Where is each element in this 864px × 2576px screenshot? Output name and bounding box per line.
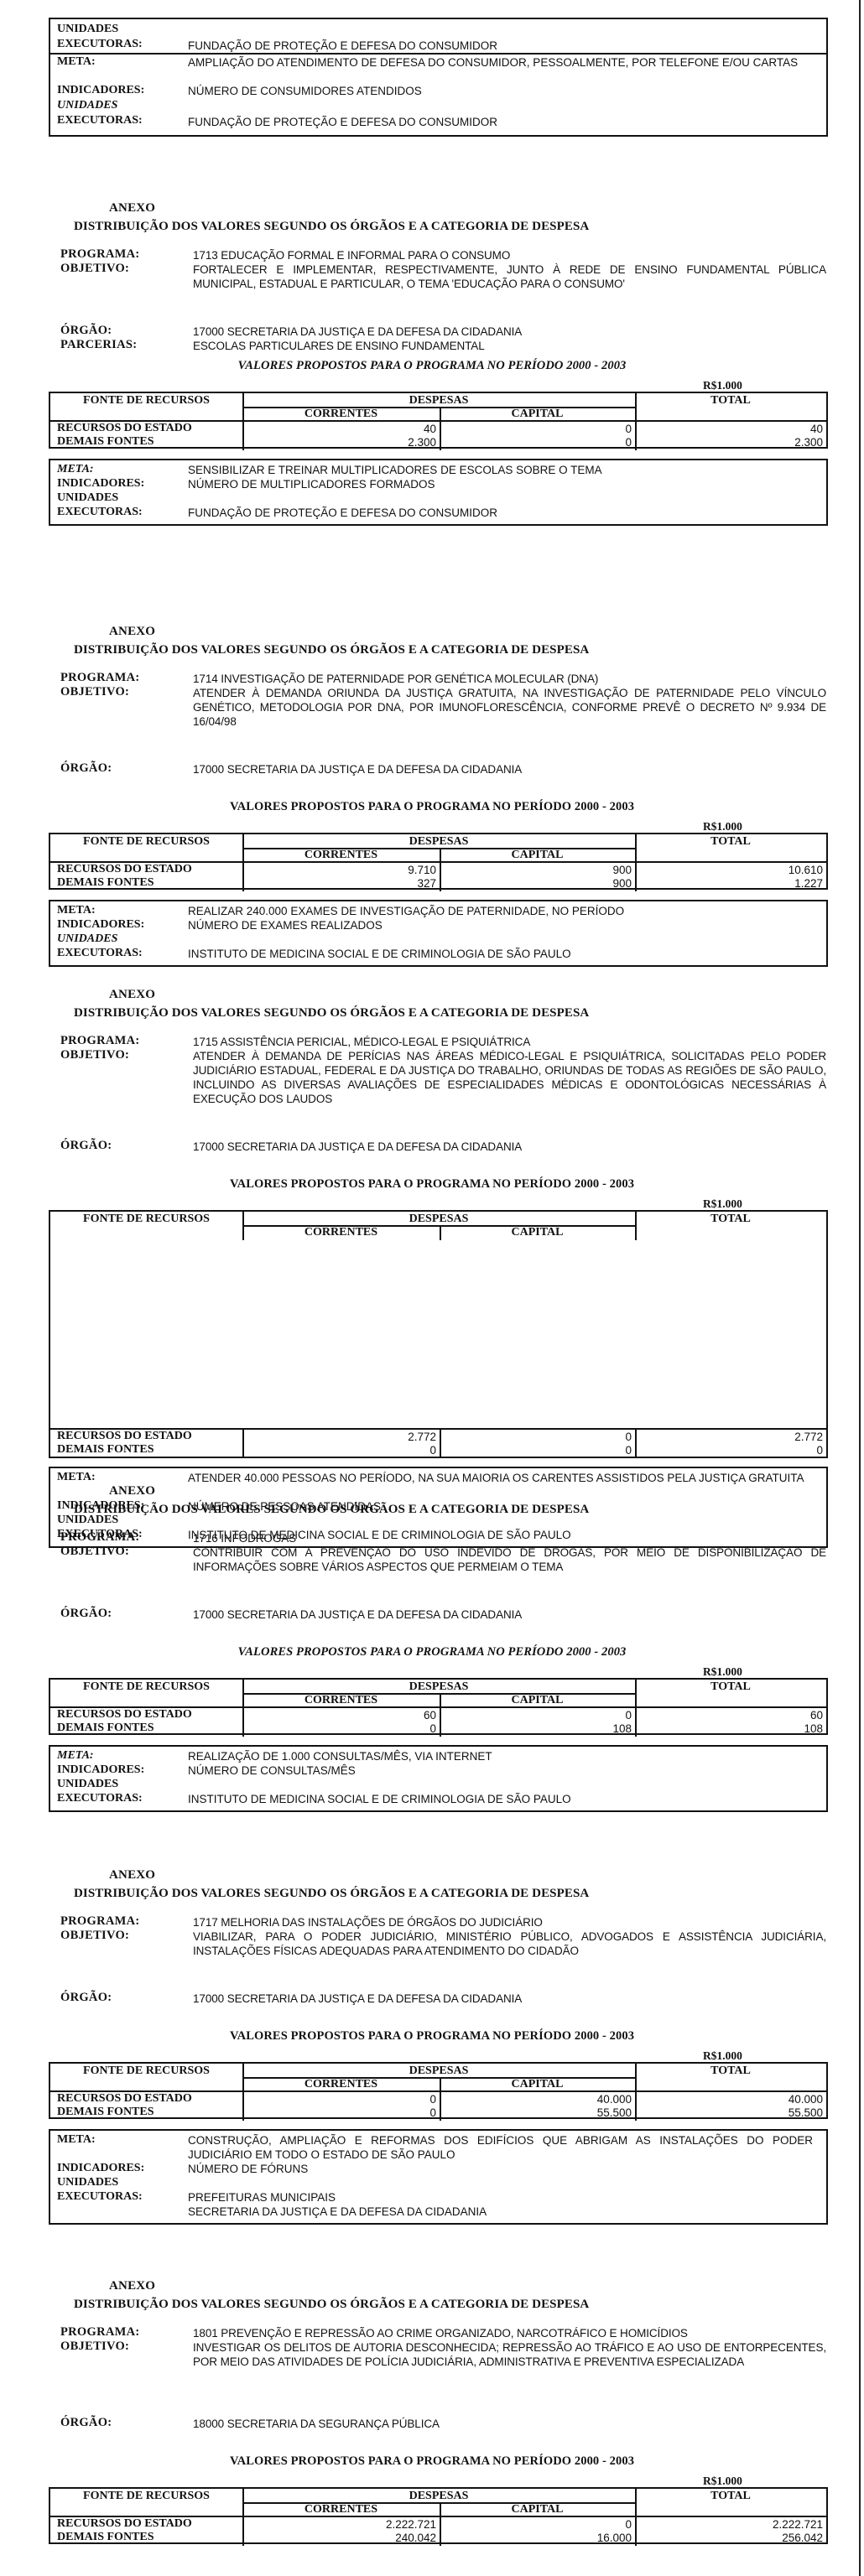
- objetivo-value: FORTALECER E IMPLEMENTAR, RESPECTIVAMENT…: [193, 262, 826, 291]
- indicadores-value: NÚMERO DE FÓRUNS: [188, 2162, 813, 2176]
- row-label-estado: RECURSOS DO ESTADO: [50, 863, 192, 876]
- cell-capital-estado: 0: [440, 423, 635, 435]
- meta-label: META:: [57, 1749, 94, 1763]
- cell-correntes-demais: 327: [242, 877, 440, 890]
- objetivo-label: OBJETIVO:: [60, 262, 129, 276]
- meta-box: META:SENSIBILIZAR E TREINAR MULTIPLICADO…: [49, 459, 828, 526]
- cell-total-estado: 40.000: [635, 2093, 826, 2106]
- col-capital-header: CAPITAL: [440, 1694, 635, 1707]
- valores-title: VALORES PROPOSTOS PARA O PROGRAMA NO PER…: [0, 2454, 864, 2469]
- cell-capital-demais: 0: [440, 436, 635, 449]
- indicadores-label: INDICADORES:: [57, 1763, 144, 1777]
- valores-table: FONTE DE RECURSOSDESPESASTOTALCORRENTESC…: [49, 2487, 828, 2544]
- row-label-estado: RECURSOS DO ESTADO: [50, 422, 192, 435]
- col-despesas-header: DESPESAS: [242, 394, 635, 408]
- distribuicao-heading: DISTRIBUIÇÃO DOS VALORES SEGUNDO OS ÓRGÃ…: [74, 1887, 589, 1901]
- parcerias-value: ESCOLAS PARTICULARES DE ENSINO FUNDAMENT…: [193, 339, 485, 353]
- valores-title: VALORES PROPOSTOS PARA O PROGRAMA NO PER…: [0, 800, 864, 814]
- objetivo-value: INVESTIGAR OS DELITOS DE AUTORIA DESCONH…: [193, 2340, 826, 2369]
- row-label-demais: DEMAIS FONTES: [50, 2106, 154, 2119]
- programa-value: 1715 ASSISTÊNCIA PERICIAL, MÉDICO-LEGAL …: [193, 1035, 826, 1049]
- valores-table: FONTE DE RECURSOSDESPESASTOTALCORRENTESC…: [49, 392, 828, 449]
- orgao-label: ÓRGÃO:: [60, 1991, 112, 2005]
- despesas-underline: [242, 1225, 635, 1227]
- col-correntes-header: CORRENTES: [242, 1226, 440, 1239]
- unit-label: R$1.000: [703, 2475, 742, 2488]
- frame-side: [49, 1212, 50, 1240]
- cell-correntes-demais: 0: [242, 1722, 440, 1735]
- cell-capital-estado: 40.000: [440, 2093, 635, 2106]
- cell-correntes-demais: 0: [242, 1444, 440, 1457]
- objetivo-label: OBJETIVO:: [60, 1929, 129, 1943]
- objetivo-value: CONTRIBUIR COM A PREVENÇÃO DO USO INDEVI…: [193, 1545, 826, 1574]
- anexo-heading: ANEXO: [109, 1484, 155, 1498]
- despesas-underline: [242, 407, 635, 408]
- distribuicao-heading: DISTRIBUIÇÃO DOS VALORES SEGUNDO OS ÓRGÃ…: [74, 643, 589, 657]
- indicadores-label: INDICADORES:: [57, 84, 144, 97]
- despesas-underline: [242, 2077, 635, 2079]
- objetivo-label: OBJETIVO:: [60, 1048, 129, 1062]
- valores-title: VALORES PROPOSTOS PARA O PROGRAMA NO PER…: [0, 1645, 864, 1659]
- executoras-value: INSTITUTO DE MEDICINA SOCIAL E DE CRIMIN…: [188, 1792, 813, 1806]
- distribuicao-heading: DISTRIBUIÇÃO DOS VALORES SEGUNDO OS ÓRGÃ…: [74, 1006, 589, 1021]
- meta-value: CONSTRUÇÃO, AMPLIAÇÃO E REFORMAS DOS EDI…: [188, 2133, 813, 2162]
- meta-value: ATENDER 40.000 PESSOAS NO PERÍODO, NA SU…: [188, 1471, 813, 1485]
- meta-box: META:REALIZAÇÃO DE 1.000 CONSULTAS/MÊS, …: [49, 1745, 828, 1812]
- meta-box: META:REALIZAR 240.000 EXAMES DE INVESTIG…: [49, 900, 828, 967]
- orgao-label: ÓRGÃO:: [60, 324, 112, 338]
- cell-total-estado: 2.222.721: [635, 2518, 826, 2531]
- meta-value: REALIZAÇÃO DE 1.000 CONSULTAS/MÊS, VIA I…: [188, 1749, 813, 1763]
- cell-correntes-demais: 0: [242, 2106, 440, 2119]
- col-fonte-header: FONTE DE RECURSOS: [50, 835, 242, 849]
- programa-value: 1714 INVESTIGAÇÃO DE PATERNIDADE POR GEN…: [193, 672, 826, 686]
- anexo-heading: ANEXO: [109, 2279, 155, 2293]
- unidades-label: UNIDADES: [57, 932, 117, 946]
- frame-side: [826, 1212, 828, 1240]
- col-despesas-header: DESPESAS: [242, 2490, 635, 2503]
- col-divider: [242, 1212, 244, 1240]
- unit-label: R$1.000: [703, 1665, 742, 1679]
- executoras-label: EXECUTORAS:: [57, 947, 143, 960]
- valores-table: FONTE DE RECURSOSDESPESASTOTALCORRENTESC…: [49, 1678, 828, 1735]
- cell-capital-demais: 900: [440, 877, 635, 890]
- meta-label: META:: [57, 463, 94, 476]
- col-despesas-header: DESPESAS: [242, 1680, 635, 1694]
- cell-correntes-estado: 2.222.721: [242, 2518, 440, 2531]
- meta-value: REALIZAR 240.000 EXAMES DE INVESTIGAÇÃO …: [188, 904, 813, 918]
- anexo-heading: ANEXO: [109, 625, 155, 639]
- orgao-label: ÓRGÃO:: [60, 2416, 112, 2430]
- col-total-header: TOTAL: [635, 1680, 826, 1694]
- valores-table: FONTE DE RECURSOSDESPESASTOTALCORRENTESC…: [49, 1210, 828, 1457]
- row-label-demais: DEMAIS FONTES: [50, 876, 154, 890]
- executoras-value: INSTITUTO DE MEDICINA SOCIAL E DE CRIMIN…: [188, 947, 813, 961]
- executoras-value: SECRETARIA DA JUSTIÇA E DA DEFESA DA CID…: [188, 2205, 813, 2219]
- col-fonte-header: FONTE DE RECURSOS: [50, 2064, 242, 2078]
- cell-capital-demais: 108: [440, 1722, 635, 1735]
- col-correntes-header: CORRENTES: [242, 2078, 440, 2091]
- distribuicao-heading: DISTRIBUIÇÃO DOS VALORES SEGUNDO OS ÓRGÃ…: [74, 1503, 589, 1517]
- programa-value: 1716 INFODROGAS: [193, 1531, 826, 1545]
- unidades-label: UNIDADES: [57, 2176, 118, 2189]
- row-label-demais: DEMAIS FONTES: [50, 435, 154, 449]
- indicadores-value: NÚMERO DE CONSULTAS/MÊS: [188, 1763, 813, 1778]
- despesas-underline: [242, 2502, 635, 2504]
- col-total-header: TOTAL: [635, 394, 826, 408]
- row-label-demais: DEMAIS FONTES: [50, 2531, 154, 2544]
- unit-label: R$1.000: [703, 379, 742, 392]
- row-label-estado: RECURSOS DO ESTADO: [50, 1430, 192, 1443]
- row-label-demais: DEMAIS FONTES: [50, 1722, 154, 1735]
- col-total-header: TOTAL: [635, 2064, 826, 2078]
- objetivo-label: OBJETIVO:: [60, 1545, 129, 1559]
- row-label-estado: RECURSOS DO ESTADO: [50, 1708, 192, 1722]
- col-total-header: TOTAL: [635, 1213, 826, 1226]
- meta-box: META:CONSTRUÇÃO, AMPLIAÇÃO E REFORMAS DO…: [49, 2129, 828, 2225]
- cell-total-demais: 256.042: [635, 2532, 826, 2544]
- executoras-label: EXECUTORAS:: [57, 506, 143, 519]
- meta-label: META:: [57, 1471, 96, 1484]
- programa-value: 1717 MELHORIA DAS INSTALAÇÕES DE ÓRGÃOS …: [193, 1915, 826, 1929]
- programa-label: PROGRAMA:: [60, 1034, 140, 1048]
- objetivo-value: ATENDER À DEMANDA DE PERÍCIAS NAS ÁREAS …: [193, 1049, 826, 1106]
- executoras-label: EXECUTORAS:: [57, 114, 143, 127]
- executoras-value: FUNDAÇÃO DE PROTEÇÃO E DEFESA DO CONSUMI…: [188, 506, 813, 520]
- col-capital-header: CAPITAL: [440, 2078, 635, 2091]
- cell-capital-demais: 55.500: [440, 2106, 635, 2119]
- cell-correntes-estado: 0: [242, 2093, 440, 2106]
- col-correntes-header: CORRENTES: [242, 408, 440, 421]
- row-label-estado: RECURSOS DO ESTADO: [50, 2092, 192, 2106]
- col-divider: [440, 1225, 441, 1240]
- indicadores-label: INDICADORES:: [57, 477, 144, 491]
- programa-value: 1713 EDUCAÇÃO FORMAL E INFORMAL PARA O C…: [193, 248, 826, 262]
- cell-total-estado: 40: [635, 423, 826, 435]
- parcerias-label: PARCERIAS:: [60, 338, 137, 352]
- executoras-value: FUNDAÇÃO DE PROTEÇÃO E DEFESA DO CONSUMI…: [188, 115, 813, 129]
- col-correntes-header: CORRENTES: [242, 1694, 440, 1707]
- col-capital-header: CAPITAL: [440, 1226, 635, 1239]
- unit-label: R$1.000: [703, 1197, 742, 1211]
- valores-title: VALORES PROPOSTOS PARA O PROGRAMA NO PER…: [0, 359, 864, 373]
- cell-total-estado: 10.610: [635, 864, 826, 876]
- programa-label: PROGRAMA:: [60, 1530, 140, 1545]
- unit-label: R$1.000: [703, 820, 742, 834]
- top-continuation-box: UNIDADES EXECUTORAS: FUNDAÇÃO DE PROTEÇÃ…: [49, 18, 828, 137]
- unidades-label: UNIDADES: [57, 491, 118, 505]
- cell-correntes-demais: 2.300: [242, 436, 440, 449]
- orgao-value: 17000 SECRETARIA DA JUSTIÇA E DA DEFESA …: [193, 1140, 522, 1154]
- objetivo-value: ATENDER À DEMANDA ORIUNDA DA JUSTIÇA GRA…: [193, 686, 826, 729]
- executoras-label: EXECUTORAS:: [57, 38, 143, 51]
- cell-correntes-estado: 9.710: [242, 864, 440, 876]
- valores-title: VALORES PROPOSTOS PARA O PROGRAMA NO PER…: [0, 1177, 864, 1192]
- cell-total-demais: 1.227: [635, 877, 826, 890]
- col-total-header: TOTAL: [635, 835, 826, 849]
- executoras-label: EXECUTORAS:: [57, 2190, 143, 2204]
- cell-total-demais: 108: [635, 1722, 826, 1735]
- orgao-value: 17000 SECRETARIA DA JUSTIÇA E DA DEFESA …: [193, 325, 522, 339]
- col-despesas-header: DESPESAS: [242, 1213, 635, 1226]
- indicadores-value: NÚMERO DE CONSUMIDORES ATENDIDOS: [188, 84, 813, 98]
- cell-correntes-estado: 60: [242, 1709, 440, 1722]
- valores-table: FONTE DE RECURSOSDESPESASTOTALCORRENTESC…: [49, 833, 828, 890]
- col-correntes-header: CORRENTES: [242, 2503, 440, 2516]
- col-fonte-header: FONTE DE RECURSOS: [50, 1213, 242, 1226]
- page-edge-rule: [859, 0, 861, 2576]
- unidades-label: UNIDADES: [57, 23, 118, 36]
- unidades-label: UNIDADES: [57, 1778, 118, 1791]
- cell-total-estado: 60: [635, 1709, 826, 1722]
- orgao-label: ÓRGÃO:: [60, 761, 112, 776]
- divider: [49, 53, 828, 55]
- orgao-value: 17000 SECRETARIA DA JUSTIÇA E DA DEFESA …: [193, 1992, 522, 2006]
- indicadores-value: NÚMERO DE MULTIPLICADORES FORMADOS: [188, 477, 813, 491]
- cell-capital-estado: 900: [440, 864, 635, 876]
- valores-table: FONTE DE RECURSOSDESPESASTOTALCORRENTESC…: [49, 2062, 828, 2119]
- col-capital-header: CAPITAL: [440, 2503, 635, 2516]
- col-capital-header: CAPITAL: [440, 408, 635, 421]
- col-divider: [635, 1212, 637, 1240]
- cell-total-estado: 2.772: [635, 1431, 826, 1443]
- indicadores-label: INDICADORES:: [57, 2162, 144, 2175]
- executoras-label: EXECUTORAS:: [57, 1792, 143, 1805]
- row-label-estado: RECURSOS DO ESTADO: [50, 2517, 192, 2531]
- programa-label: PROGRAMA:: [60, 2325, 140, 2340]
- row-label-demais: DEMAIS FONTES: [50, 1443, 154, 1457]
- anexo-heading: ANEXO: [109, 1868, 155, 1883]
- col-capital-header: CAPITAL: [440, 849, 635, 862]
- indicadores-value: NÚMERO DE EXAMES REALIZADOS: [188, 918, 813, 932]
- cell-correntes-estado: 40: [242, 423, 440, 435]
- unit-label: R$1.000: [703, 2049, 742, 2063]
- cell-capital-estado: 0: [440, 1709, 635, 1722]
- col-total-header: TOTAL: [635, 2490, 826, 2503]
- meta-label: META:: [57, 904, 96, 917]
- col-fonte-header: FONTE DE RECURSOS: [50, 2490, 242, 2503]
- programa-label: PROGRAMA:: [60, 247, 140, 262]
- distribuicao-heading: DISTRIBUIÇÃO DOS VALORES SEGUNDO OS ÓRGÃ…: [74, 2298, 589, 2312]
- valores-title: VALORES PROPOSTOS PARA O PROGRAMA NO PER…: [0, 2029, 864, 2044]
- col-correntes-header: CORRENTES: [242, 849, 440, 862]
- objetivo-value: VIABILIZAR, PARA O PODER JUDICIÁRIO, MIN…: [193, 1929, 826, 1958]
- cell-capital-estado: 0: [440, 1431, 635, 1443]
- executoras-value: FUNDAÇÃO DE PROTEÇÃO E DEFESA DO CONSUMI…: [188, 39, 813, 53]
- programa-value: 1801 PREVENÇÃO E REPRESSÃO AO CRIME ORGA…: [193, 2326, 826, 2340]
- cell-capital-demais: 16.000: [440, 2532, 635, 2544]
- col-despesas-header: DESPESAS: [242, 835, 635, 849]
- cell-correntes-estado: 2.772: [242, 1431, 440, 1443]
- despesas-underline: [242, 1693, 635, 1695]
- meta-value: AMPLIAÇÃO DO ATENDIMENTO DE DEFESA DO CO…: [188, 55, 813, 70]
- programa-label: PROGRAMA:: [60, 1914, 140, 1929]
- anexo-heading: ANEXO: [109, 988, 155, 1002]
- orgao-value: 18000 SECRETARIA DA SEGURANÇA PÚBLICA: [193, 2417, 440, 2431]
- cell-correntes-demais: 240.042: [242, 2532, 440, 2544]
- despesas-underline: [242, 848, 635, 849]
- objetivo-label: OBJETIVO:: [60, 2340, 129, 2354]
- cell-capital-demais: 0: [440, 1444, 635, 1457]
- cell-total-demais: 2.300: [635, 436, 826, 449]
- distribuicao-heading: DISTRIBUIÇÃO DOS VALORES SEGUNDO OS ÓRGÃ…: [74, 220, 589, 234]
- objetivo-label: OBJETIVO:: [60, 685, 129, 699]
- programa-label: PROGRAMA:: [60, 671, 140, 685]
- meta-label: META:: [57, 55, 96, 69]
- executoras-value: PREFEITURAS MUNICIPAIS: [188, 2190, 813, 2205]
- cell-capital-estado: 0: [440, 2518, 635, 2531]
- orgao-label: ÓRGÃO:: [60, 1607, 112, 1621]
- meta-label: META:: [57, 2133, 96, 2147]
- indicadores-label: INDICADORES:: [57, 918, 144, 932]
- cell-total-demais: 55.500: [635, 2106, 826, 2119]
- orgao-value: 17000 SECRETARIA DA JUSTIÇA E DA DEFESA …: [193, 1607, 522, 1622]
- col-despesas-header: DESPESAS: [242, 2064, 635, 2078]
- orgao-label: ÓRGÃO:: [60, 1139, 112, 1153]
- anexo-heading: ANEXO: [109, 201, 155, 216]
- cell-total-demais: 0: [635, 1444, 826, 1457]
- orgao-value: 17000 SECRETARIA DA JUSTIÇA E DA DEFESA …: [193, 762, 522, 776]
- unidades-label: UNIDADES: [57, 99, 117, 112]
- col-fonte-header: FONTE DE RECURSOS: [50, 1680, 242, 1694]
- meta-value: SENSIBILIZAR E TREINAR MULTIPLICADORES D…: [188, 463, 813, 477]
- col-fonte-header: FONTE DE RECURSOS: [50, 394, 242, 408]
